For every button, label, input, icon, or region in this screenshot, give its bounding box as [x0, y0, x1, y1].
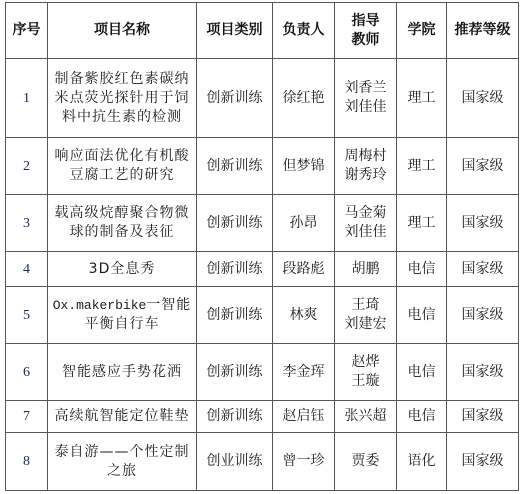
row-leader: 徐红艳 — [273, 59, 335, 138]
row-level: 国家级 — [447, 195, 519, 252]
advisor-2: 谢秀玲 — [337, 166, 394, 185]
row-type: 创新训练 — [197, 401, 273, 433]
row-college: 电信 — [397, 287, 447, 344]
row-college: 理工 — [397, 195, 447, 252]
row-type: 创新训练 — [197, 344, 273, 401]
project-table: 序号 项目名称 项目类别 负责人 指导 教师 学院 推荐等级 1 制备紫胶红色素… — [5, 2, 519, 491]
row-level: 国家级 — [447, 401, 519, 433]
row-advisors: 胡鹏 — [335, 252, 397, 287]
row-project-name: 高续航智能定位鞋垫 — [48, 401, 197, 433]
advisor-2: 刘佳佳 — [337, 98, 394, 117]
row-college: 电信 — [397, 252, 447, 287]
row-project-name: 响应面法优化有机酸豆腐工艺的研究 — [48, 138, 197, 195]
row-index: 5 — [6, 287, 48, 344]
row-index: 1 — [6, 59, 48, 138]
row-level: 国家级 — [447, 59, 519, 138]
row-index: 7 — [6, 401, 48, 433]
header-advisor-line1: 指导 — [337, 12, 394, 31]
row-leader: 林爽 — [273, 287, 335, 344]
row-project-name: 泰自游——个性定制之旅 — [48, 433, 197, 491]
row-college: 理工 — [397, 59, 447, 138]
row-level: 国家级 — [447, 252, 519, 287]
row-index: 4 — [6, 252, 48, 287]
row-level: 国家级 — [447, 344, 519, 401]
advisor-1: 赵烨 — [337, 353, 394, 372]
table-row: 1 制备紫胶红色素碳纳米点荧光探针用于饲料中抗生素的检测 创新训练 徐红艳 刘香… — [6, 59, 519, 138]
row-college: 语化 — [397, 433, 447, 491]
advisor-2: 刘佳佳 — [337, 223, 394, 242]
advisor-2: 刘建宏 — [337, 315, 394, 334]
advisor-1: 张兴超 — [337, 407, 394, 426]
header-level: 推荐等级 — [447, 3, 519, 59]
advisor-1: 王琦 — [337, 296, 394, 315]
row-leader: 但梦锦 — [273, 138, 335, 195]
row-index: 2 — [6, 138, 48, 195]
header-name: 项目名称 — [48, 3, 197, 59]
header-type: 项目类别 — [197, 3, 273, 59]
table-row: 3 载高级烷醇聚合物微球的制备及表征 创新训练 孙昂 马金菊 刘佳佳 理工 国家… — [6, 195, 519, 252]
advisor-1: 贾委 — [337, 452, 394, 471]
row-type: 创业训练 — [197, 433, 273, 491]
row-project-name: Ox.makerbike一智能平衡自行车 — [48, 287, 197, 344]
table-row: 2 响应面法优化有机酸豆腐工艺的研究 创新训练 但梦锦 周梅村 谢秀玲 理工 国… — [6, 138, 519, 195]
row-advisors: 张兴超 — [335, 401, 397, 433]
row-level: 国家级 — [447, 138, 519, 195]
table-row: 5 Ox.makerbike一智能平衡自行车 创新训练 林爽 王琦 刘建宏 电信… — [6, 287, 519, 344]
advisor-1: 周梅村 — [337, 147, 394, 166]
header-college: 学院 — [397, 3, 447, 59]
table-row: 6 智能感应手势花洒 创新训练 李金珲 赵烨 王璇 电信 国家级 — [6, 344, 519, 401]
row-index: 8 — [6, 433, 48, 491]
row-type: 创新训练 — [197, 287, 273, 344]
row-advisors: 贾委 — [335, 433, 397, 491]
row-leader: 孙昂 — [273, 195, 335, 252]
row-index: 3 — [6, 195, 48, 252]
advisor-1: 胡鹏 — [337, 260, 394, 279]
row-level: 国家级 — [447, 287, 519, 344]
row-advisors: 赵烨 王璇 — [335, 344, 397, 401]
row-type: 创新训练 — [197, 59, 273, 138]
header-advisor-line2: 教师 — [337, 31, 394, 50]
row-advisors: 马金菊 刘佳佳 — [335, 195, 397, 252]
row-project-name: 载高级烷醇聚合物微球的制备及表征 — [48, 195, 197, 252]
row-project-name: 智能感应手势花洒 — [48, 344, 197, 401]
row-college: 电信 — [397, 401, 447, 433]
row-project-name: 制备紫胶红色素碳纳米点荧光探针用于饲料中抗生素的检测 — [48, 59, 197, 138]
row-leader: 曾一珍 — [273, 433, 335, 491]
row-advisors: 王琦 刘建宏 — [335, 287, 397, 344]
row-college: 理工 — [397, 138, 447, 195]
row-advisors: 刘香兰 刘佳佳 — [335, 59, 397, 138]
row-leader: 赵启钰 — [273, 401, 335, 433]
header-row: 序号 项目名称 项目类别 负责人 指导 教师 学院 推荐等级 — [6, 3, 519, 59]
table-row: 8 泰自游——个性定制之旅 创业训练 曾一珍 贾委 语化 国家级 — [6, 433, 519, 491]
advisor-1: 马金菊 — [337, 204, 394, 223]
row-type: 创新训练 — [197, 138, 273, 195]
row-type: 创新训练 — [197, 195, 273, 252]
row-advisors: 周梅村 谢秀玲 — [335, 138, 397, 195]
row-leader: 段路彪 — [273, 252, 335, 287]
row-index: 6 — [6, 344, 48, 401]
project-name-prefix: Ox.makerbike — [53, 298, 147, 313]
advisor-1: 刘香兰 — [337, 79, 394, 98]
row-project-name: 3D全息秀 — [48, 252, 197, 287]
table-row: 4 3D全息秀 创新训练 段路彪 胡鹏 电信 国家级 — [6, 252, 519, 287]
advisor-2: 王璇 — [337, 372, 394, 391]
header-index: 序号 — [6, 3, 48, 59]
header-leader: 负责人 — [273, 3, 335, 59]
header-advisor: 指导 教师 — [335, 3, 397, 59]
row-type: 创新训练 — [197, 252, 273, 287]
row-college: 电信 — [397, 344, 447, 401]
row-level: 国家级 — [447, 433, 519, 491]
table-row: 7 高续航智能定位鞋垫 创新训练 赵启钰 张兴超 电信 国家级 — [6, 401, 519, 433]
row-leader: 李金珲 — [273, 344, 335, 401]
